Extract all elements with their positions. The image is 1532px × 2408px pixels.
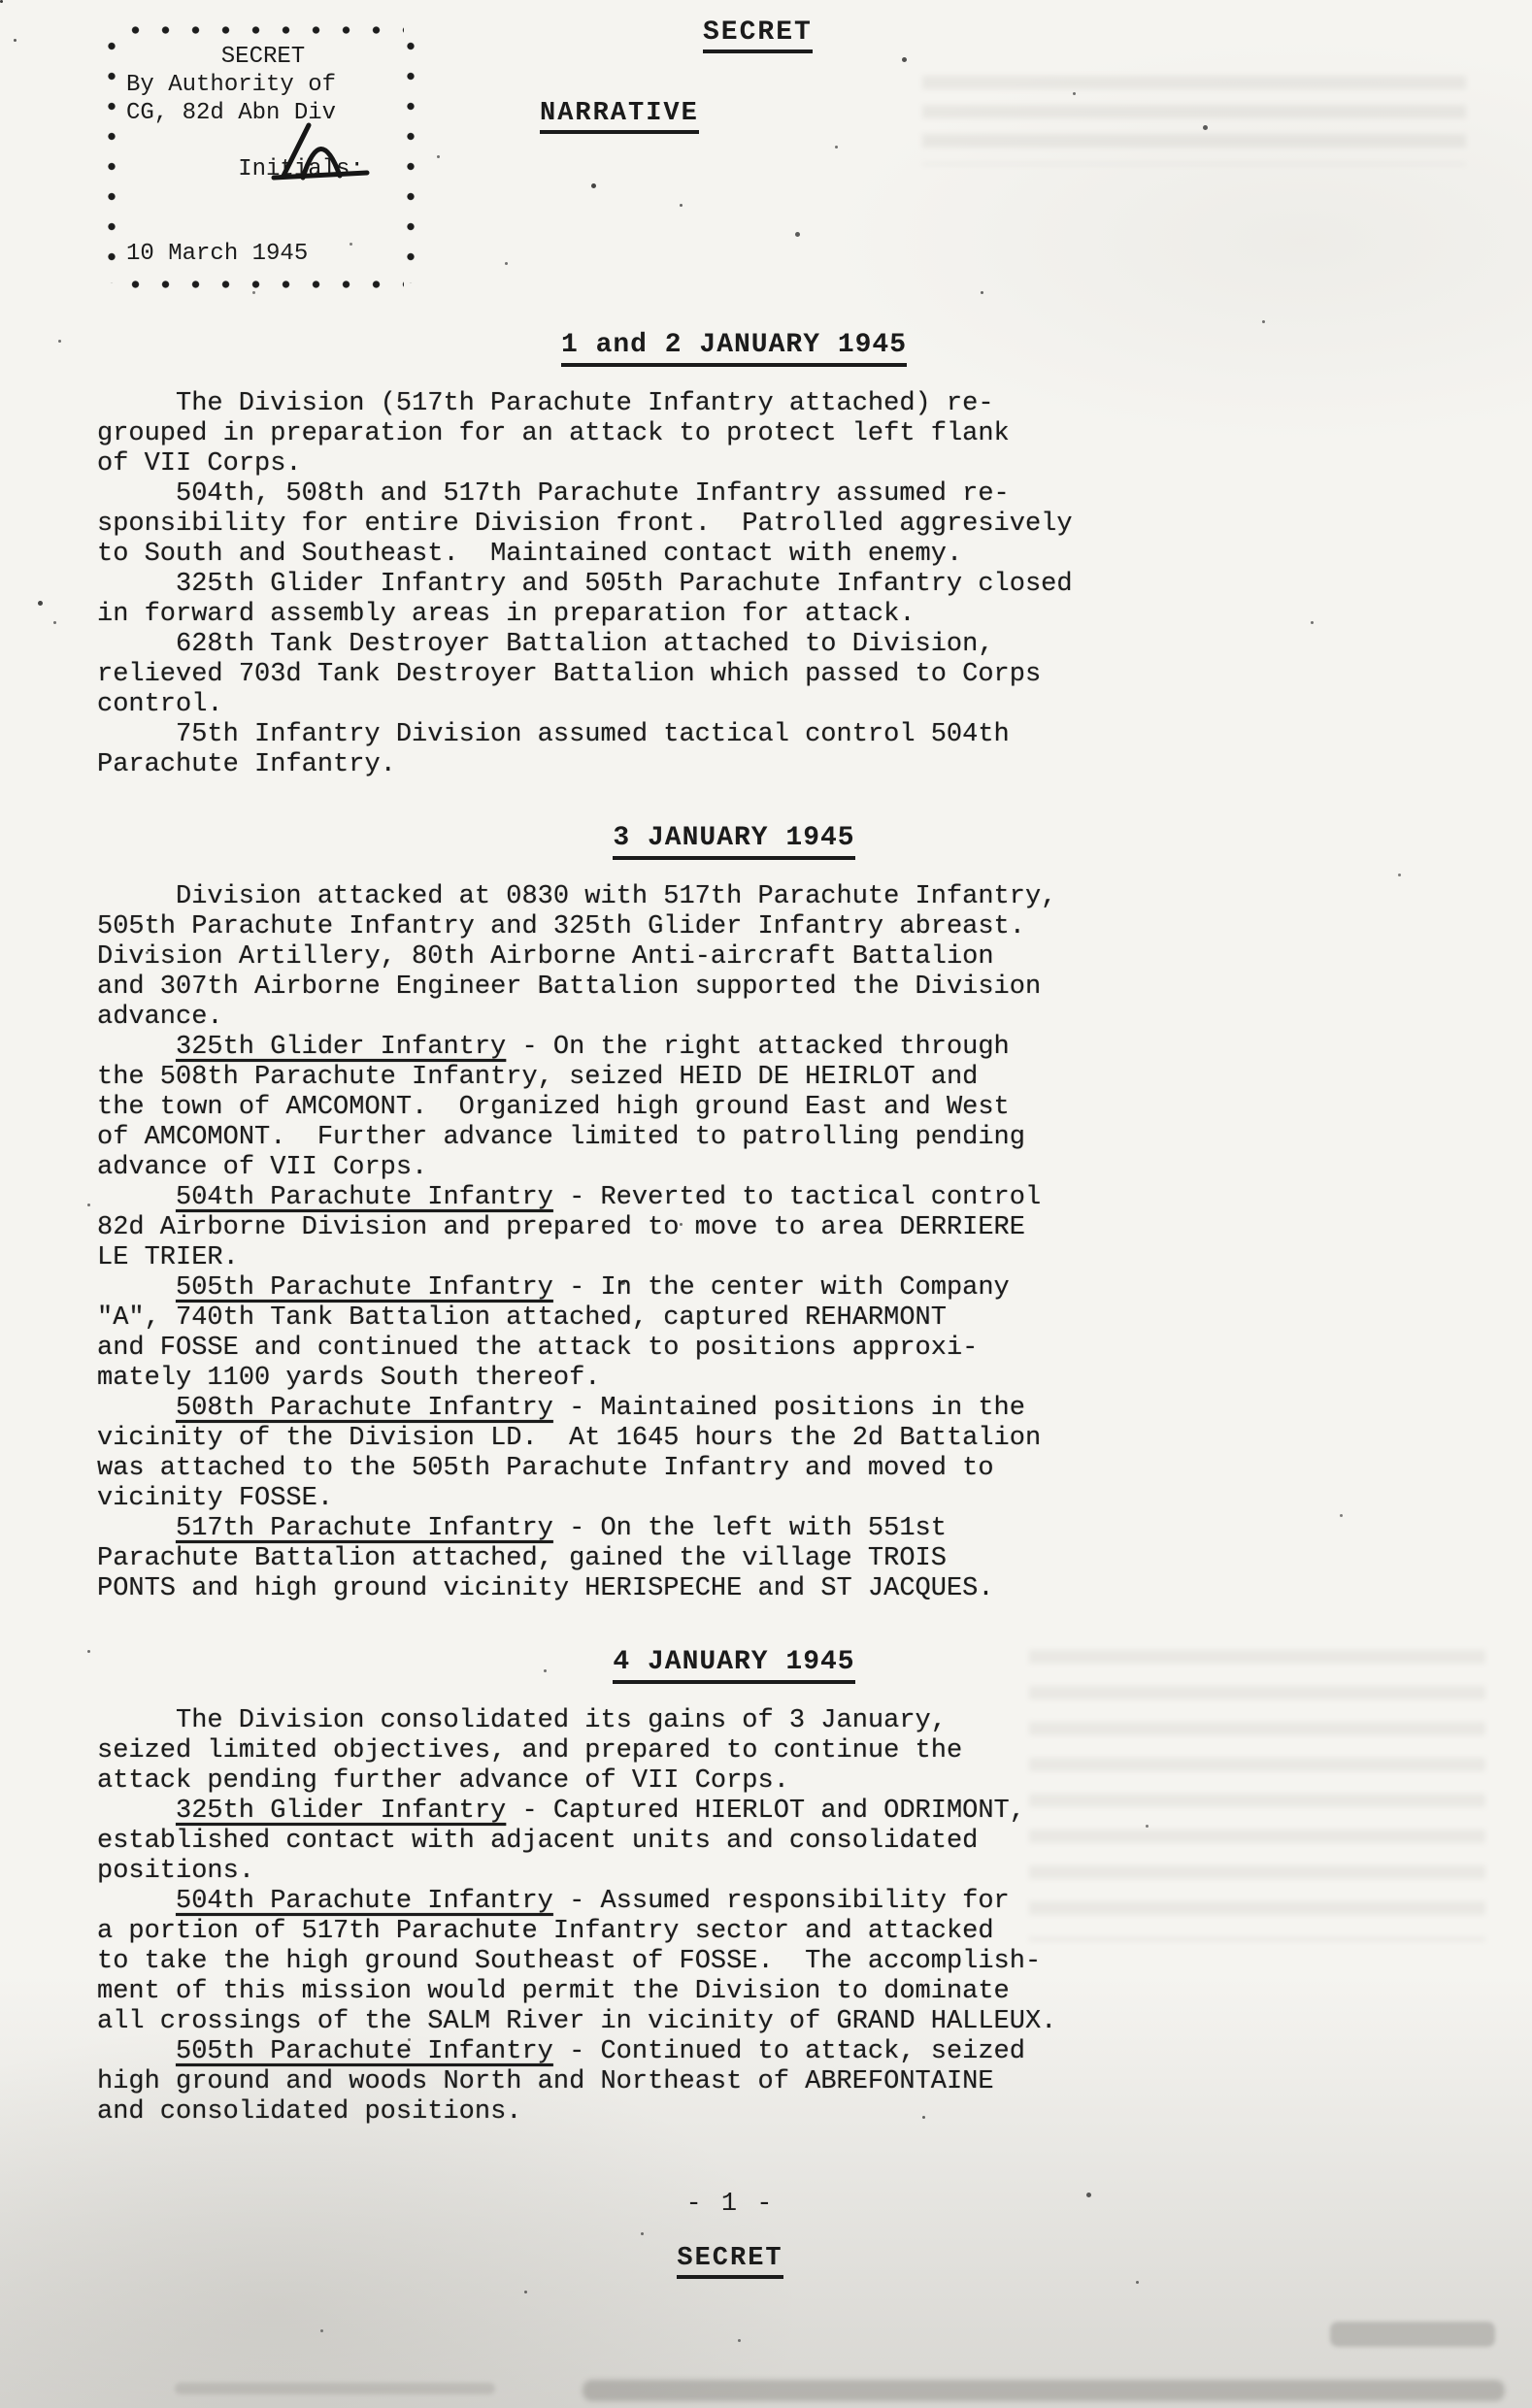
paragraph: 504th Parachute Infantry - Reverted to t…: [97, 1183, 1184, 1273]
section-heading: 4 JANUARY 1945: [190, 1647, 1278, 1677]
scan-smudge: [175, 2383, 495, 2394]
paragraph: The Division (517th Parachute Infantry a…: [97, 389, 1184, 479]
section-4-january: 4 JANUARY 1945 The Division consolidated…: [97, 1647, 1184, 2128]
stamp-date: 10 March 1945: [126, 240, 400, 268]
unit-designation: 505th Parachute Infantry: [176, 2037, 553, 2066]
unit-designation: 508th Parachute Infantry: [176, 1394, 553, 1423]
stamp-border-top: [120, 25, 404, 35]
section-1-and-2-january: 1 and 2 JANUARY 1945 The Division (517th…: [97, 330, 1184, 780]
paragraph: 325th Glider Infantry and 505th Parachut…: [97, 570, 1184, 630]
stamp-classification: SECRET: [126, 43, 400, 71]
paragraph: 504th Parachute Infantry - Assumed respo…: [97, 1887, 1184, 2037]
stamp-border-right: [406, 31, 416, 283]
classification-banner-top: SECRET: [703, 17, 813, 53]
paragraph: 505th Parachute Infantry - Continued to …: [97, 2037, 1184, 2128]
paragraph: 508th Parachute Infantry - Maintained po…: [97, 1394, 1184, 1514]
stamp-initials-row: Initials:: [126, 127, 400, 240]
paragraph: 325th Glider Infantry - Captured HIERLOT…: [97, 1797, 1184, 1887]
paragraph: 505th Parachute Infantry - In the center…: [97, 1273, 1184, 1394]
stamp-authority-line: By Authority of: [126, 71, 400, 99]
paragraph: 75th Infantry Division assumed tactical …: [97, 720, 1184, 780]
scan-smudge: [1330, 2322, 1495, 2347]
section-heading: 3 JANUARY 1945: [190, 823, 1278, 853]
unit-designation: 504th Parachute Infantry: [176, 1887, 553, 1916]
paragraph: 628th Tank Destroyer Battalion attached …: [97, 630, 1184, 720]
section-3-january: 3 JANUARY 1945 Division attacked at 0830…: [97, 823, 1184, 1604]
unit-designation: 504th Parachute Infantry: [176, 1183, 553, 1212]
scan-noise-specks: [0, 0, 3, 3]
stamp-border-bottom: [120, 280, 404, 289]
scan-smudge: [583, 2380, 1505, 2401]
document-page: SECRET NARRATIVE SECRET By Authority of …: [97, 0, 1184, 2279]
stamp-border-left: [107, 31, 117, 283]
section-heading: 1 and 2 JANUARY 1945: [190, 330, 1278, 360]
paragraph: Division attacked at 0830 with 517th Par…: [97, 882, 1184, 1033]
classification-banner-bottom: SECRET: [677, 2244, 783, 2279]
paragraph: 504th, 508th and 517th Parachute Infantr…: [97, 479, 1184, 570]
paragraph: 517th Parachute Infantry - On the left w…: [97, 1514, 1184, 1604]
unit-designation: 325th Glider Infantry: [176, 1033, 506, 1062]
classification-stamp: SECRET By Authority of CG, 82d Abn Div I…: [126, 43, 400, 268]
document-title: NARRATIVE: [540, 99, 699, 134]
paragraph: 325th Glider Infantry - On the right att…: [97, 1033, 1184, 1183]
page-header: SECRET NARRATIVE SECRET By Authority of …: [97, 0, 1184, 287]
page-number: - 1 -: [186, 2190, 1274, 2219]
paragraph: The Division consolidated its gains of 3…: [97, 1706, 1184, 1797]
scanned-document: { "header": { "classification": "SECRET"…: [0, 0, 1532, 2408]
unit-designation: 325th Glider Infantry: [176, 1797, 506, 1826]
handwritten-initials-mark: [270, 119, 375, 183]
unit-designation: 505th Parachute Infantry: [176, 1273, 553, 1303]
page-footer: - 1 - SECRET: [186, 2190, 1274, 2279]
unit-designation: 517th Parachute Infantry: [176, 1514, 553, 1543]
